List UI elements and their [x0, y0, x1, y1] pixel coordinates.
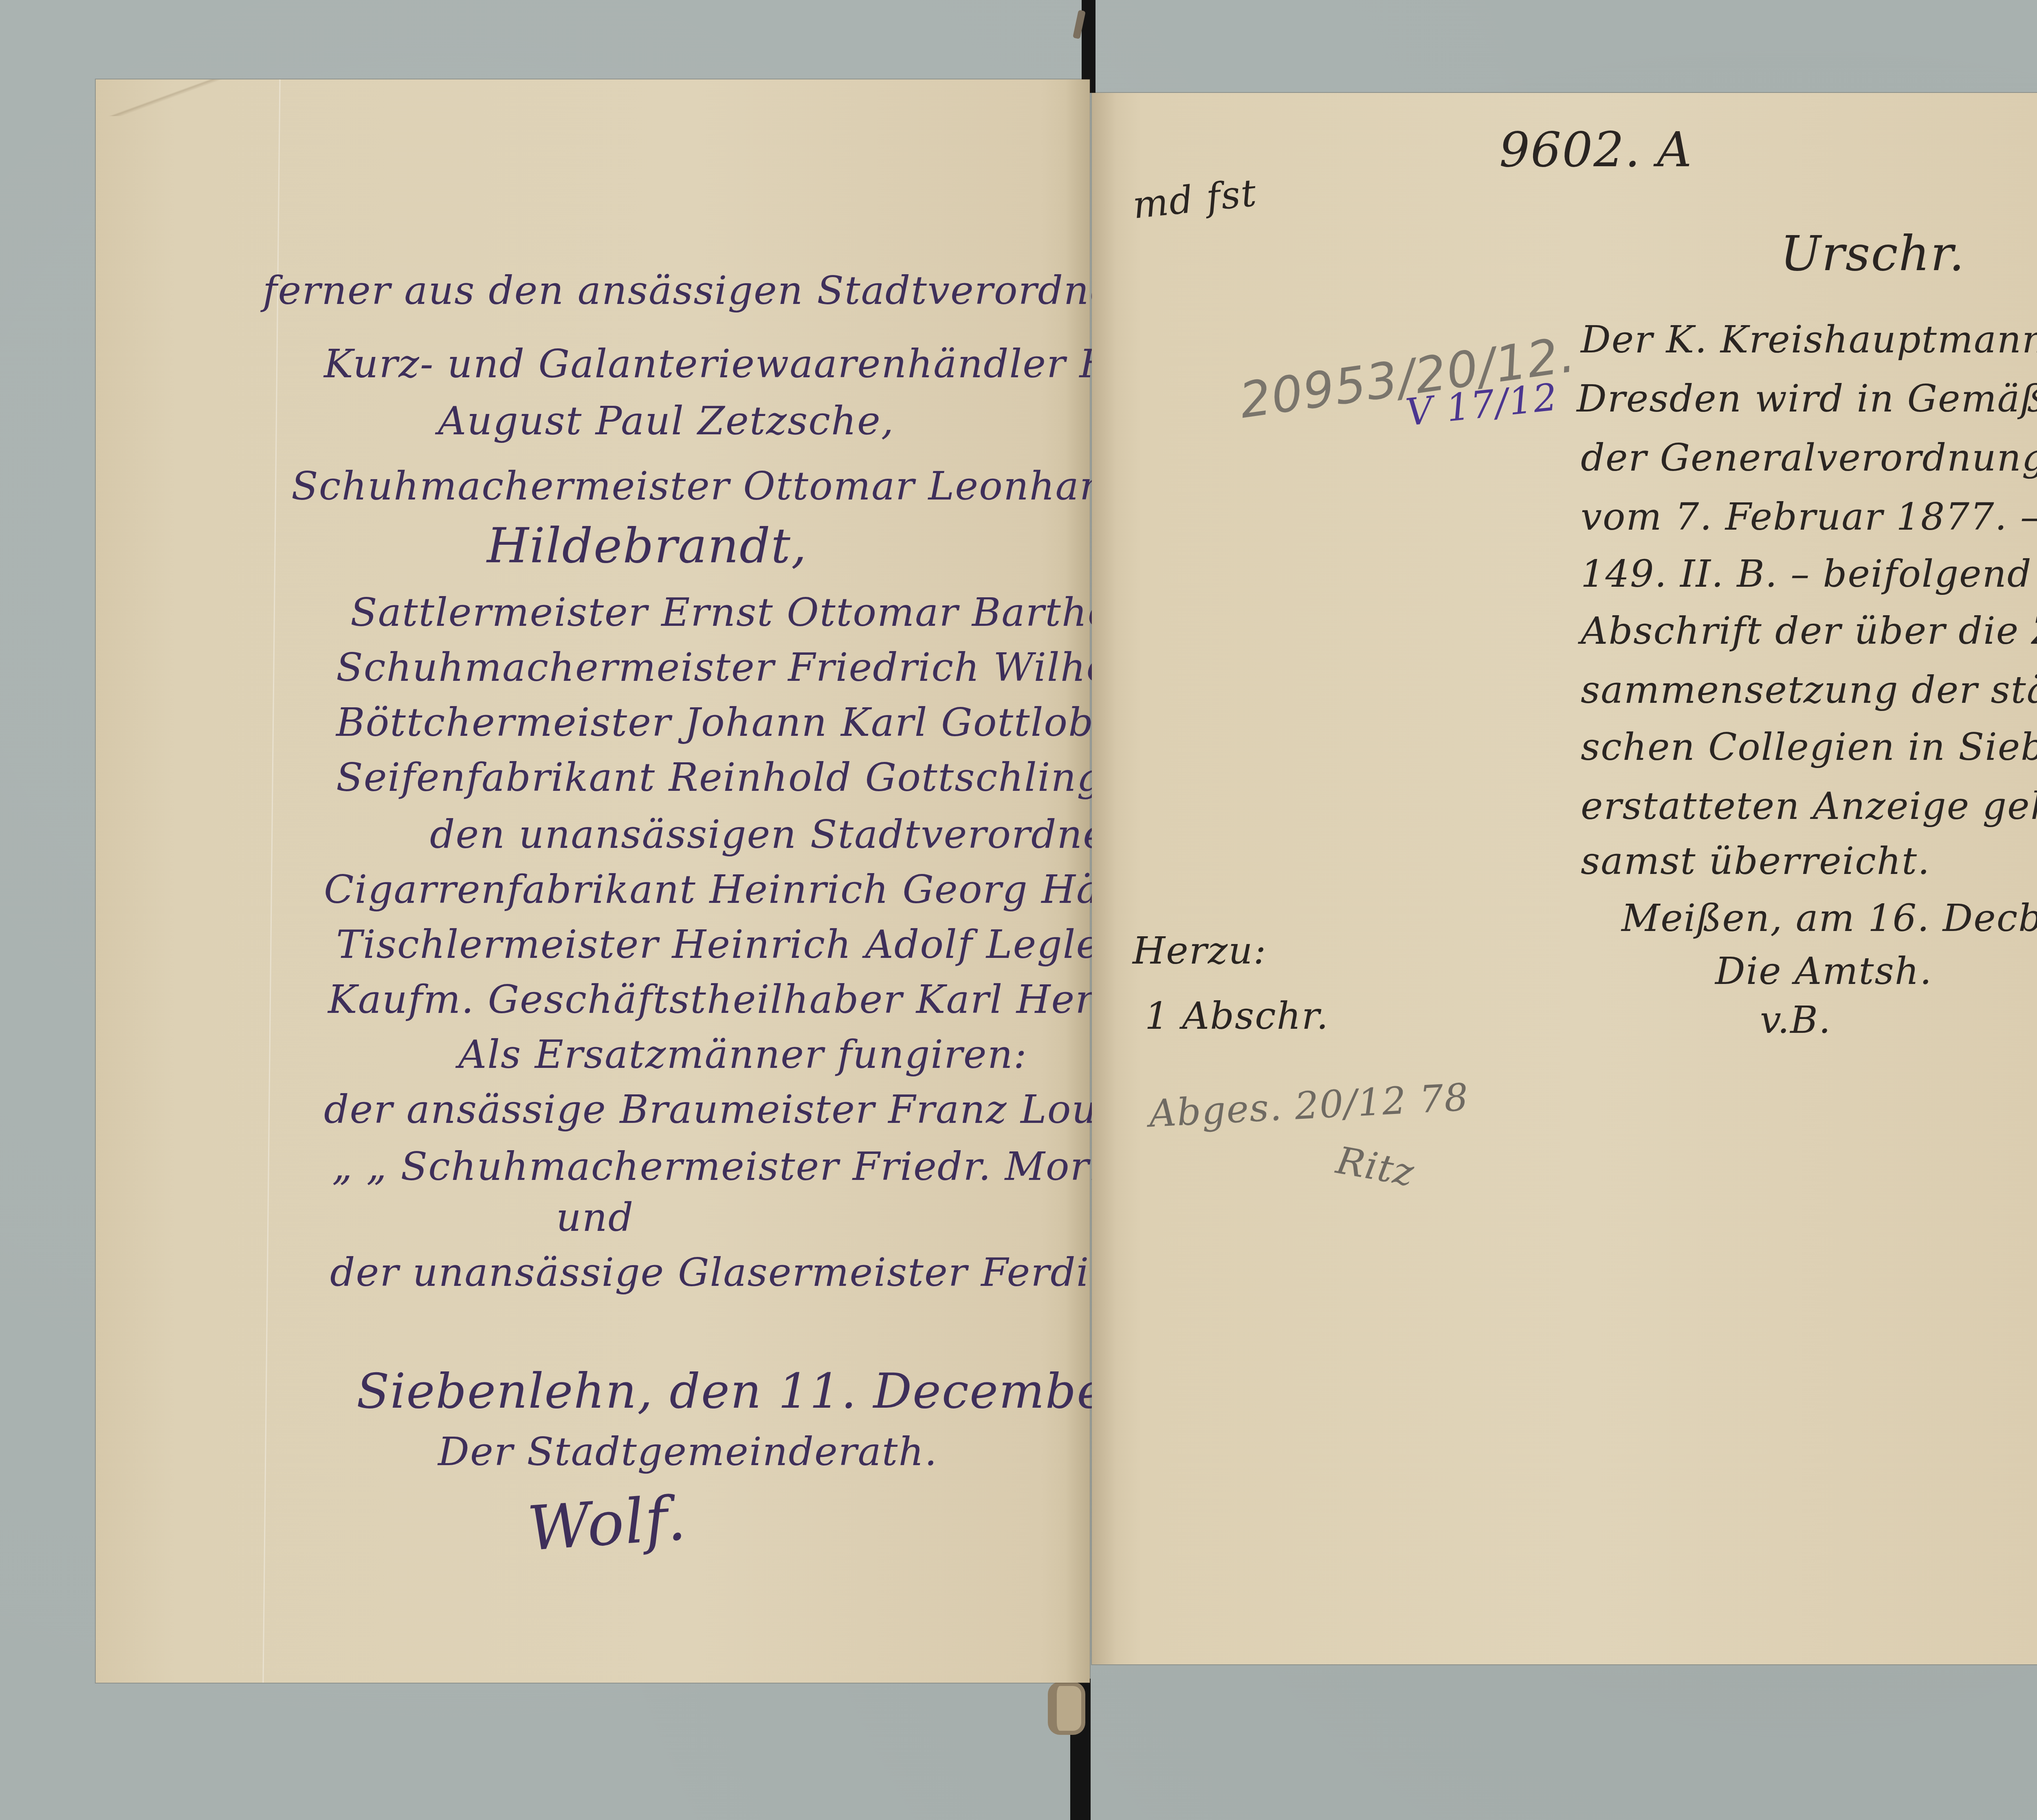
- top-annotation: md fst: [1131, 174, 1259, 224]
- right-line-5: 149. II. B. – beifolgend eine: [1581, 555, 2037, 593]
- initials: Ritz: [1333, 1142, 1417, 1192]
- right-page: 9602. A md fst 20953/20/12. V 17/12 Ursc…: [1092, 93, 2037, 1664]
- left-line-14: Als Ersatzmänner fungiren:: [458, 1035, 1027, 1074]
- left-page: ferner aus den ansässigen Stadtverordnet…: [96, 79, 1090, 1683]
- left-line-8: Böttchermeister Johann Karl Gottlob Otto: [336, 703, 1198, 742]
- signature: Wolf.: [526, 1488, 689, 1560]
- right-issuer-sub: v.B.: [1760, 1001, 1831, 1039]
- enclosure-count: 1 Abschr.: [1145, 997, 1329, 1035]
- left-line-10: den unansässigen Stadtverordneten:: [430, 815, 1188, 854]
- right-line-8: schen Collegien in Siebenlehn: [1581, 728, 2037, 766]
- paper-fold-line: [262, 79, 280, 1683]
- left-line-9: Seifenfabrikant Reinhold Gottschling: [336, 758, 1103, 797]
- right-place-date: Meißen, am 16. Decbr 1878: [1621, 900, 2037, 937]
- right-line-2: Dresden wird in Gemäßheit: [1577, 380, 2037, 418]
- binding-thread-bottom: [1048, 1682, 1085, 1735]
- left-line-6: Sattlermeister Ernst Ottomar Barthel,: [350, 593, 1138, 632]
- file-number: 9602. A: [1499, 125, 1693, 174]
- dispatch-note: Abges. 20/12 78: [1148, 1079, 1470, 1133]
- right-line-7: sammensetzung der städti-: [1581, 671, 2037, 709]
- right-line-6: Abschrift der über die Zu-: [1581, 612, 2037, 650]
- enclosure-label: Herzu:: [1133, 932, 1267, 970]
- right-line-9: erstatteten Anzeige gehor-: [1581, 788, 2037, 825]
- left-line-5: Hildebrandt,: [487, 522, 807, 570]
- right-line-1: Der K. Kreishauptmannschaft: [1581, 321, 2037, 359]
- left-line-4: Schuhmachermeister Ottomar Leonhard: [291, 467, 1125, 506]
- left-line-17: und: [556, 1198, 634, 1237]
- right-issuer: Die Amtsh.: [1715, 953, 1932, 990]
- issuing-authority: Der Stadtgemeinderath.: [438, 1432, 938, 1471]
- heading: Urschr.: [1780, 229, 1965, 277]
- right-line-3: der Generalverordnung: [1581, 439, 2037, 477]
- left-line-12: Tischlermeister Heinrich Adolf Legler un…: [336, 925, 1211, 964]
- corner-crease: [96, 79, 230, 116]
- left-line-3: August Paul Zetzsche,: [438, 401, 894, 440]
- left-line-1: ferner aus den ansässigen Stadtverordnet…: [263, 271, 1194, 310]
- gutter-shadow: [1092, 93, 1116, 1664]
- right-line-4: vom 7. Februar 1877. – No.: [1581, 498, 2037, 536]
- right-line-10: samst überreicht.: [1581, 843, 1930, 880]
